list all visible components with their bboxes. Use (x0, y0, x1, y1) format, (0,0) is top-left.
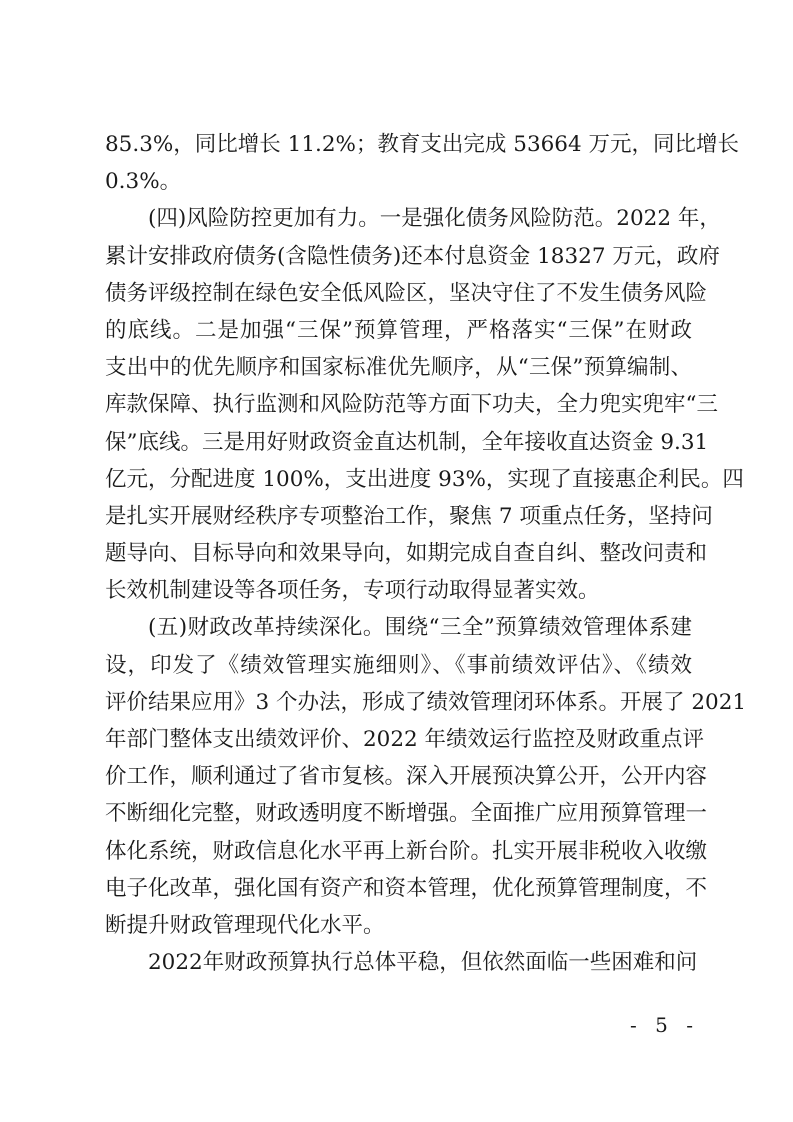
paragraph-summary: 2022年财政预算执行总体平稳，但依然面临一些困难和问 (105, 944, 692, 981)
text-line: 体化系统，财政信息化水平再上新台阶。扎实开展非税收入收缴 (105, 833, 692, 870)
text-line: 电子化改革，强化国有资产和资本管理，优化预算管理制度，不 (105, 870, 692, 907)
text-line: 保”底线。三是用好财政资金直达机制，全年接收直达资金 9.31 (105, 424, 692, 461)
text-line: 年部门整体支出绩效评价、2022 年绩效运行监控及财政重点评 (105, 721, 692, 758)
text-line: 断提升财政管理现代化水平。 (105, 907, 692, 944)
text-line: 2022年财政预算执行总体平稳，但依然面临一些困难和问 (105, 944, 692, 981)
paragraph-risk-control: (四)风险防控更加有力。一是强化债务风险防范。2022 年， 累计安排政府债务(… (105, 200, 692, 609)
text-line: 库款保障、执行监测和风险防范等方面下功夫，全力兜实兜牢“三 (105, 386, 692, 423)
text-line: 价工作，顺利通过了省市复核。深入开展预决算公开，公开内容 (105, 758, 692, 795)
text-line: 支出中的优先顺序和国家标准优先顺序，从“三保”预算编制、 (105, 349, 692, 386)
text-line: 是扎实开展财经秩序专项整治工作，聚焦 7 项重点任务，坚持问 (105, 498, 692, 535)
text-line: 0.3%。 (105, 163, 692, 200)
section-heading-line: (五)财政改革持续深化。围绕“三全”预算绩效管理体系建 (105, 609, 692, 646)
page-number: - 5 - (630, 1013, 699, 1037)
section-heading-line: (四)风险防控更加有力。一是强化债务风险防范。2022 年， (105, 200, 692, 237)
text-line: 不断细化完整，财政透明度不断增强。全面推广应用预算管理一 (105, 795, 692, 832)
text-line: 题导向、目标导向和效果导向，如期完成自查自纠、整改问责和 (105, 535, 692, 572)
text-line: 的底线。二是加强“三保”预算管理，严格落实“三保”在财政 (105, 312, 692, 349)
text-line: 累计安排政府债务(含隐性债务)还本付息资金 18327 万元，政府 (105, 238, 692, 275)
document-body: 85.3%，同比增长 11.2%；教育支出完成 53664 万元，同比增长 0.… (105, 126, 692, 981)
paragraph-education-continued: 85.3%，同比增长 11.2%；教育支出完成 53664 万元，同比增长 0.… (105, 126, 692, 200)
paragraph-fiscal-reform: (五)财政改革持续深化。围绕“三全”预算绩效管理体系建 设，印发了《绩效管理实施… (105, 609, 692, 944)
text-line: 评价结果应用》3 个办法，形成了绩效管理闭环体系。开展了 2021 (105, 684, 692, 721)
text-line: 设，印发了《绩效管理实施细则》、《事前绩效评估》、《绩效 (105, 647, 692, 684)
text-line: 债务评级控制在绿色安全低风险区，坚决守住了不发生债务风险 (105, 275, 692, 312)
text-line: 85.3%，同比增长 11.2%；教育支出完成 53664 万元，同比增长 (105, 126, 692, 163)
text-line: 亿元，分配进度 100%，支出进度 93%，实现了直接惠企利民。四 (105, 461, 692, 498)
text-line: 长效机制建设等各项任务，专项行动取得显著实效。 (105, 572, 692, 609)
